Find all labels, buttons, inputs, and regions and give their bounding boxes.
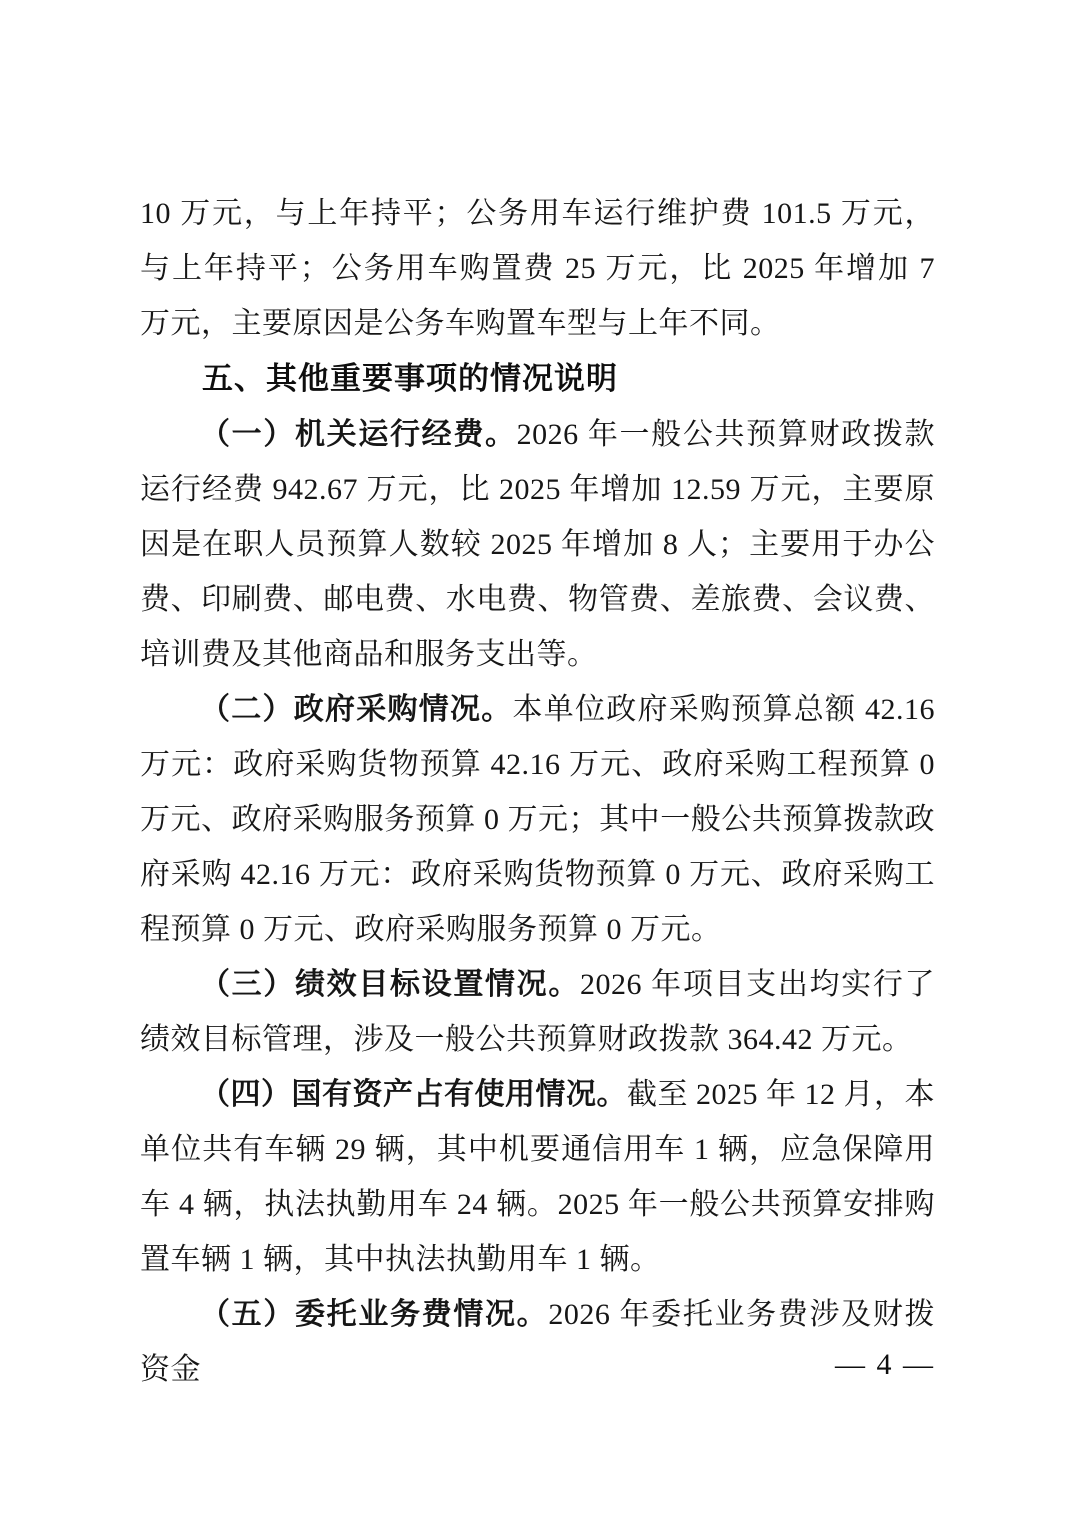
paragraph-entrusted-business-fee: （五）委托业务费情况。2026 年委托业务费涉及财拨资金 [140,1287,935,1397]
paragraph-org-operating-expense: （一）机关运行经费。2026 年一般公共预算财政拨款运行经费 942.67 万元… [140,407,935,682]
document-page: 10 万元，与上年持平；公务用车运行维护费 101.5 万元，与上年持平；公务用… [0,0,1074,1520]
paragraph-government-procurement: （二）政府采购情况。本单位政府采购预算总额 42.16 万元：政府采购货物预算 … [140,682,935,957]
paragraph-state-assets: （四）国有资产占有使用情况。截至 2025 年 12 月，本单位共有车辆 29 … [140,1067,935,1287]
document-body: 10 万元，与上年持平；公务用车运行维护费 101.5 万元，与上年持平；公务用… [140,186,935,1397]
paragraph-text: 本单位政府采购预算总额 42.16 万元：政府采购货物预算 42.16 万元、政… [140,693,935,946]
page-footer: — 4 — [835,1344,935,1386]
paragraph-lead: （三）绩效目标设置情况。 [200,968,580,1001]
paragraph-carryover: 10 万元，与上年持平；公务用车运行维护费 101.5 万元，与上年持平；公务用… [140,186,935,351]
page-number: — 4 — [835,1348,935,1381]
paragraph-lead: （五）委托业务费情况。 [200,1298,548,1331]
section-heading: 五、其他重要事项的情况说明 [140,351,935,407]
paragraph-lead: （一）机关运行经费。 [200,418,517,451]
paragraph-lead: （二）政府采购情况。 [200,693,513,726]
paragraph-text: 2026 年一般公共预算财政拨款运行经费 942.67 万元，比 2025 年增… [140,418,935,671]
paragraph-lead: （四）国有资产占有使用情况。 [200,1078,627,1111]
paragraph-performance-targets: （三）绩效目标设置情况。2026 年项目支出均实行了绩效目标管理，涉及一般公共预… [140,957,935,1067]
paragraph-text: 10 万元，与上年持平；公务用车运行维护费 101.5 万元，与上年持平；公务用… [140,197,935,340]
